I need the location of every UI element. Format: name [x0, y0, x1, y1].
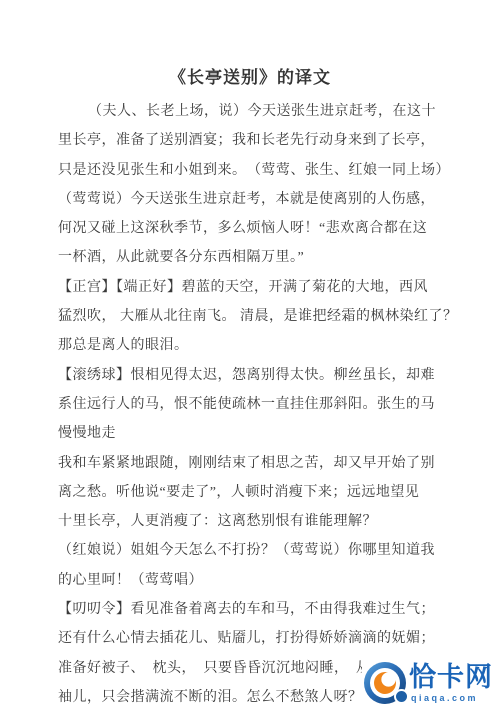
paragraph: （红娘说）姐姐今天怎么不打扮？（莺莺说）你哪里知道我的心里呵！（莺莺唱）	[58, 536, 442, 595]
watermark-domain: qiaqa.com	[411, 693, 499, 703]
text-line: 【正宫】【端正好】碧蓝的天空，开满了菊花的大地，西风	[58, 273, 442, 302]
logo-dot-shape	[394, 689, 409, 704]
text-line: 里长亭，准备了送别酒宴；我和长老先行动身来到了长亭，	[58, 126, 442, 155]
text-line: 猛烈吹， 大雁从北往南飞。 清晨，是谁把经霜的枫林染红了？	[58, 302, 442, 331]
text-line: 系住远行人的马，恨不能使疏林一直挂住那斜阳。张生的马	[58, 390, 442, 419]
text-line: 十里长亭，人更消瘦了：这离愁别恨有谁能理解？	[58, 507, 442, 536]
text-line: 【滚绣球】恨相见得太迟，怨离别得太快。柳丝虽长，却难	[58, 361, 442, 390]
text-line: 那总是离人的眼泪。	[58, 331, 442, 360]
paragraph: 我和车紧紧地跟随，刚刚结束了相思之苦，却又早开始了别离之愁。听他说“要走了”，人…	[58, 449, 442, 537]
paragraph: （莺莺说）今天送张生进京赶考，本就是使离别的人伤感，何况又碰上这深秋季节，多么烦…	[58, 185, 442, 273]
logo-orange-swirl-shape	[374, 672, 396, 694]
text-line: （莺莺说）今天送张生进京赶考，本就是使离别的人伤感，	[58, 185, 442, 214]
document-body: （夫人、长老上场，说）今天送张生进京赶考，在这十里长亭，准备了送别酒宴；我和长老…	[58, 97, 442, 707]
text-line: （夫人、长老上场，说）今天送张生进京赶考，在这十	[58, 97, 442, 126]
text-line: 何况又碰上这深秋季节，多么烦恼人呀！“悲欢离合都在这	[58, 214, 442, 243]
watermark-site-name: 恰卡网	[409, 663, 499, 692]
watermark-text: 恰卡网 qiaqa.com	[409, 663, 499, 703]
text-line: 慢慢地走	[58, 419, 442, 448]
document-title: 《长亭送别》的译文	[58, 66, 442, 90]
text-line: 我和车紧紧地跟随，刚刚结束了相思之苦，却又早开始了别	[58, 449, 442, 478]
site-watermark: 恰卡网 qiaqa.com	[362, 657, 500, 707]
paragraph: （夫人、长老上场，说）今天送张生进京赶考，在这十里长亭，准备了送别酒宴；我和长老…	[58, 97, 442, 185]
document-content: 《长亭送别》的译文 （夫人、长老上场，说）今天送张生进京赶考，在这十里长亭，准备…	[0, 0, 500, 707]
text-line: （红娘说）姐姐今天怎么不打扮？（莺莺说）你哪里知道我	[58, 536, 442, 565]
text-line: 【叨叨令】看见准备着离去的车和马，不由得我难过生气；	[58, 595, 442, 624]
text-line: 只是还没见张生和小姐到来。 （莺莺、张生、红娘一同上场）	[58, 156, 442, 185]
text-line: 一杯酒，从此就要各分东西相隔万里。”	[58, 243, 442, 272]
paragraph: 【滚绣球】恨相见得太迟，怨离别得太快。柳丝虽长，却难系住远行人的马，恨不能使疏林…	[58, 361, 442, 449]
document-page: 《长亭送别》的译文 （夫人、长老上场，说）今天送张生进京赶考，在这十里长亭，准备…	[0, 0, 500, 707]
text-line: 还有什么心情去插花儿、贴靥儿，打扮得娇娇滴滴的妩媚；	[58, 624, 442, 653]
text-line: 的心里呵！（莺莺唱）	[58, 566, 442, 595]
text-line: 离之愁。听他说“要走了”，人顿时消瘦下来；远远地望见	[58, 478, 442, 507]
paragraph: 【正宫】【端正好】碧蓝的天空，开满了菊花的大地，西风猛烈吹， 大雁从北往南飞。 …	[58, 273, 442, 361]
